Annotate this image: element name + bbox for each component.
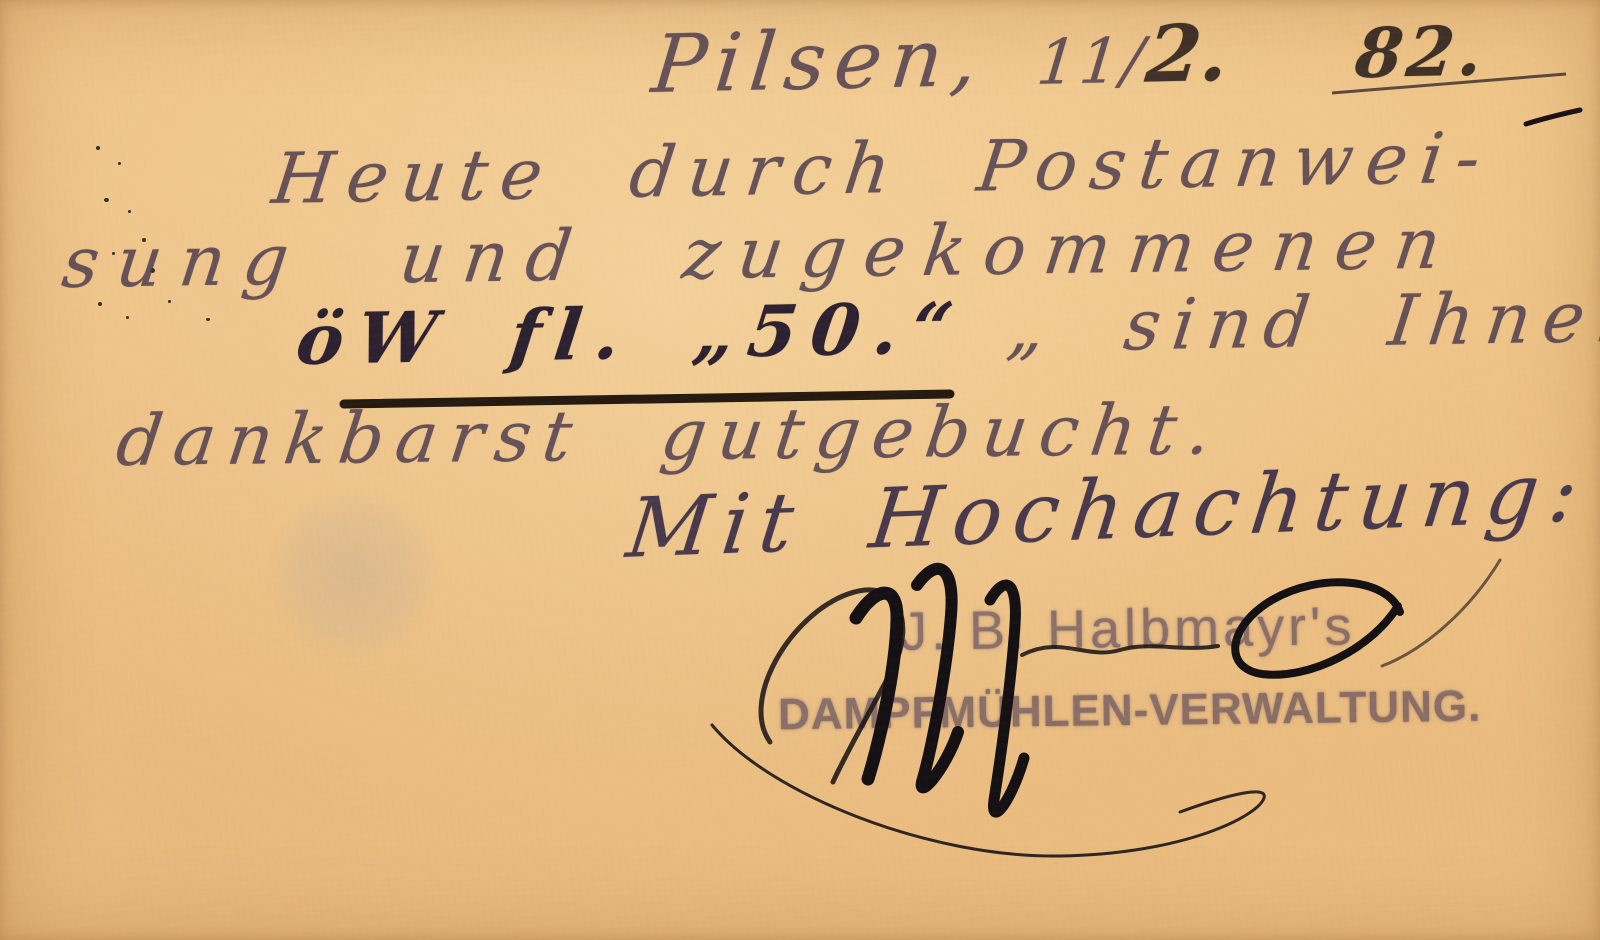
signature-tail-stroke [1382, 560, 1500, 666]
ink-speckle [128, 210, 131, 213]
bleed-through-smudge [268, 490, 438, 660]
rubber-stamp-name: J. B. Halbmayr's [900, 595, 1356, 663]
ink-speckle [118, 162, 121, 165]
signature-flourish-underline [712, 725, 1264, 856]
date-dash-stroke [1526, 110, 1580, 124]
amount-text: öW fl. „50.“ [292, 286, 972, 381]
signature-loop-stroke [761, 590, 903, 782]
ink-speckle [96, 146, 100, 150]
dateline-date-day: 2. [1142, 8, 1233, 101]
ink-speckle [104, 198, 109, 202]
signature-bold-stroke [856, 593, 897, 779]
postcard-scan: Pilsen,11/2.82. Heute durch Postanwei- s… [0, 0, 1600, 940]
ink-speckle [126, 316, 129, 319]
body-line-3-rest: „ sind Ihnen [1003, 275, 1600, 368]
rubber-stamp-office: DAMPFMÜHLEN-VERWALTUNG. [778, 682, 1482, 741]
dateline: Pilsen,11/2.82. [648, 0, 1491, 111]
dateline-place: Pilsen, [648, 11, 991, 111]
dateline-year: 82. [1352, 11, 1490, 94]
ink-speckle [206, 318, 210, 321]
dateline-date-numerator: 11/ [1034, 23, 1150, 98]
